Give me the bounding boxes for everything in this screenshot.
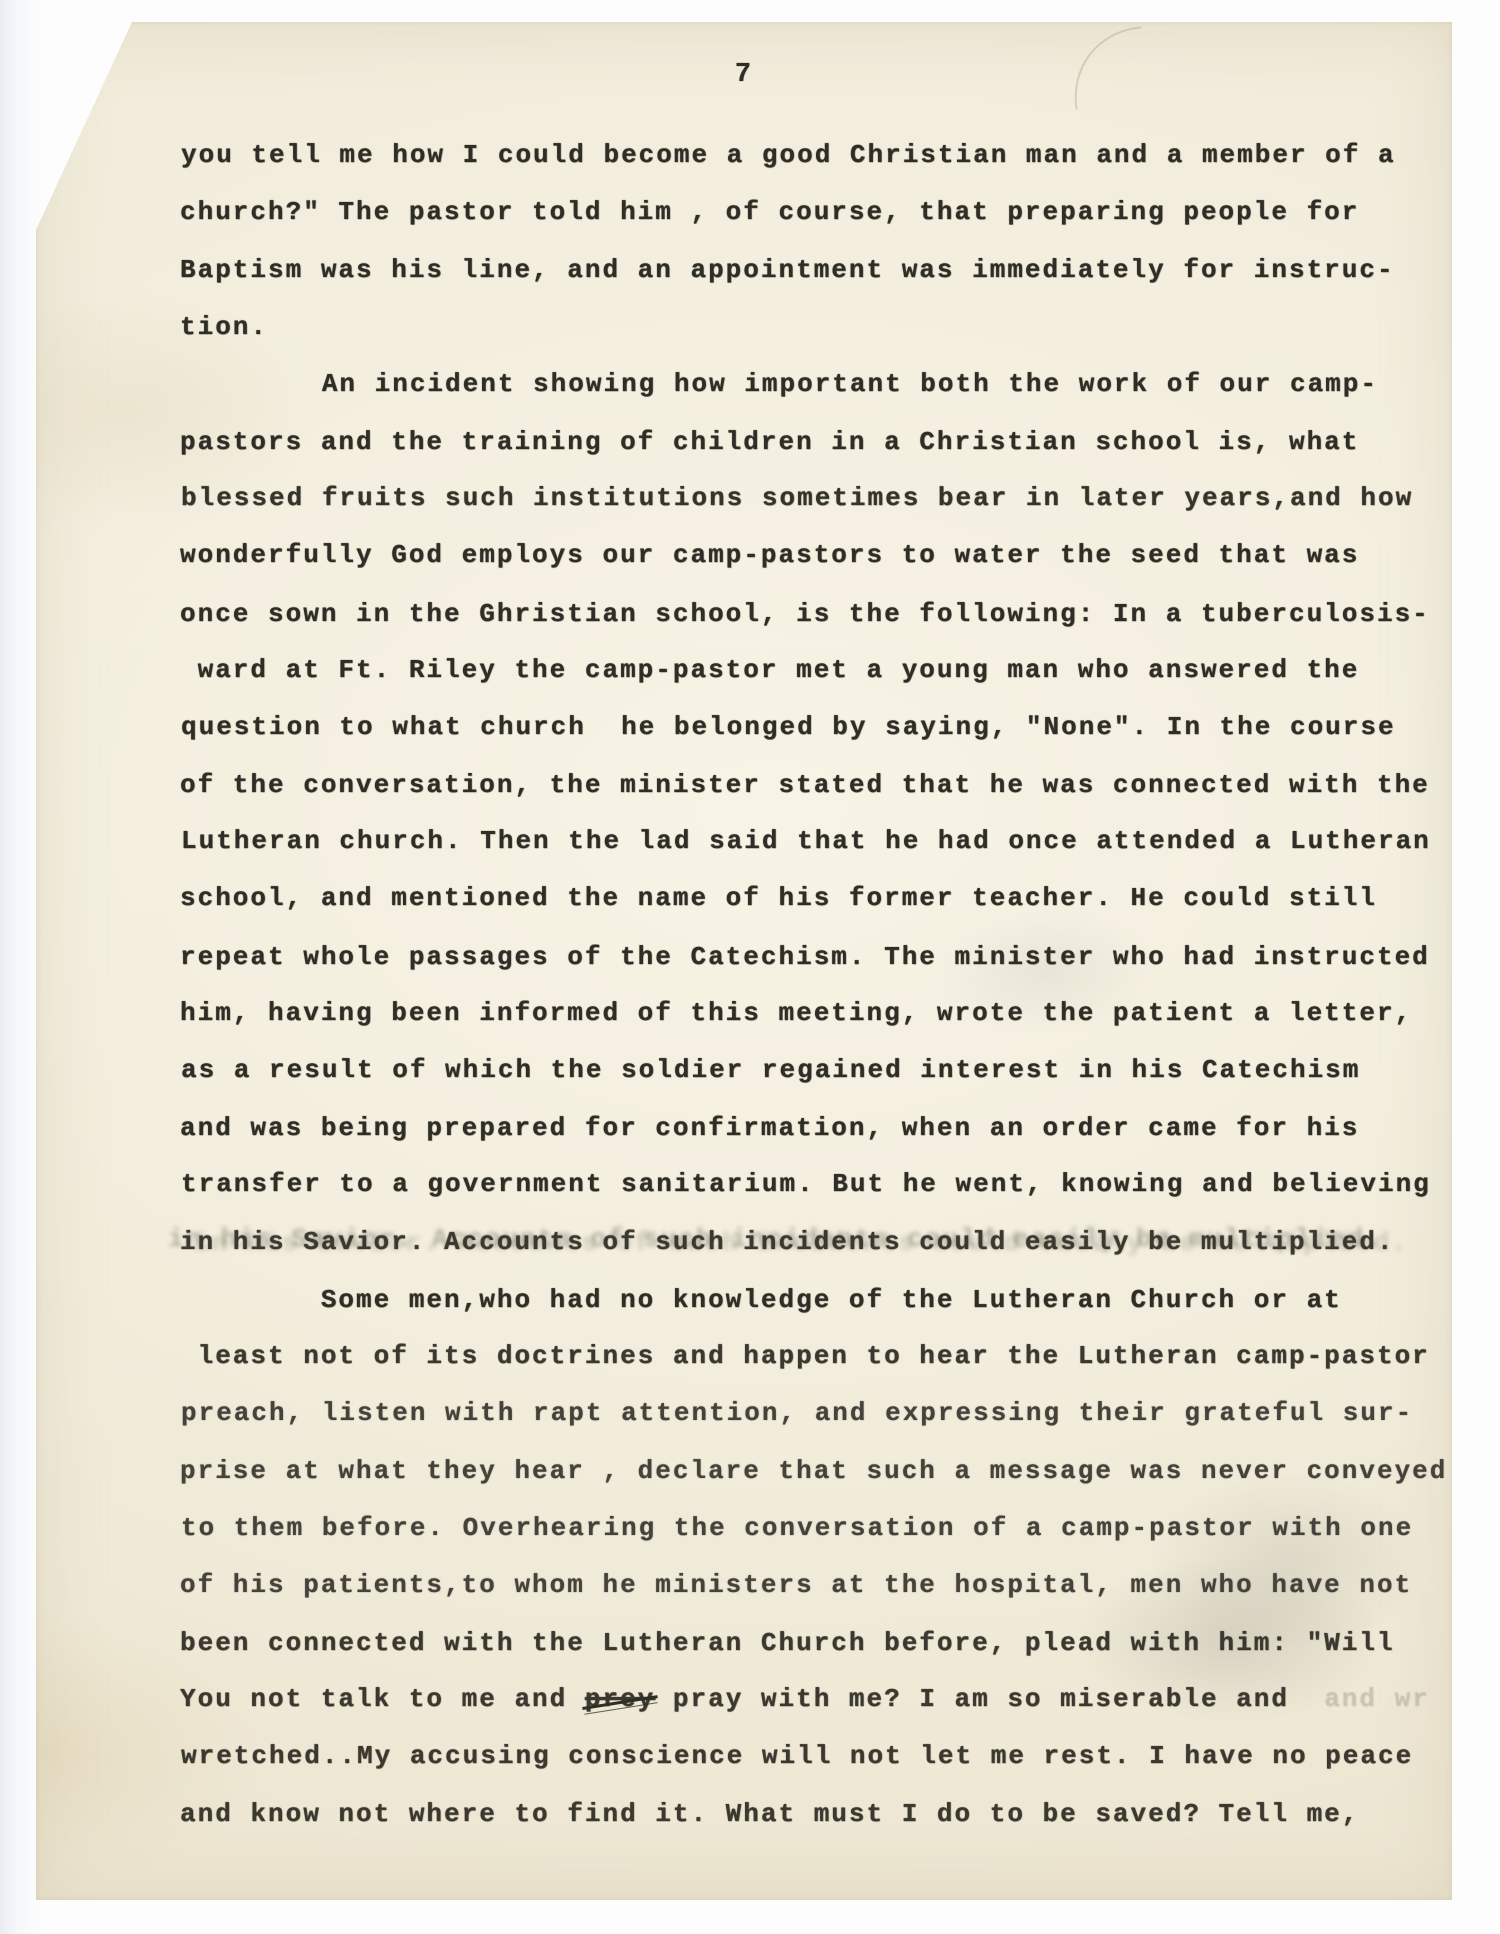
scan-background: { "page": { "number": "7" }, "doc": { "l… [0, 0, 1500, 1934]
typed-line: to them before. Overhearing the conversa… [181, 1513, 1461, 1570]
typed-line: least not of its doctrines and happen to… [180, 1341, 1460, 1398]
typed-line: in his Savior. Accounts of such incident… [180, 1227, 1460, 1284]
typed-line: you tell me how I could become a good Ch… [181, 140, 1461, 197]
typed-line: tion. [180, 312, 1460, 369]
typed-segment: pray with me? I am so miserable and [655, 1684, 1289, 1714]
page-number: 7 [36, 60, 1452, 90]
typed-line: question to what church he belonged by s… [181, 712, 1461, 769]
typed-line: blessed fruits such institutions sometim… [181, 483, 1461, 540]
typed-line: wonderfully God employs our camp-pastors… [180, 540, 1460, 597]
typed-line: and know not where to find it. What must… [180, 1799, 1460, 1856]
typed-line: school, and mentioned the name of his fo… [180, 883, 1460, 940]
struck-word: prey [585, 1684, 655, 1714]
typed-segment: You not talk to me and [180, 1684, 585, 1714]
typed-line: of the conversation, the minister stated… [180, 770, 1460, 827]
typed-line: pastors and the training of children in … [180, 427, 1460, 484]
document-page: 7 you tell me how I could become a good … [36, 22, 1452, 1900]
typed-line: as a result of which the soldier regaine… [181, 1055, 1461, 1112]
typed-line: preach, listen with rapt attention, and … [181, 1398, 1461, 1455]
typed-line-with-correction: You not talk to me and prey pray with me… [180, 1684, 1460, 1741]
typed-line: of his patients,to whom he ministers at … [180, 1570, 1460, 1627]
typed-line: Lutheran church. Then the lad said that … [181, 826, 1461, 883]
typed-line: prise at what they hear , declare that s… [180, 1456, 1460, 1513]
typed-line: wretched..My accusing conscience will no… [181, 1741, 1461, 1798]
typed-line: been connected with the Lutheran Church … [180, 1628, 1460, 1685]
typed-line: repeat whole passages of the Catechism. … [180, 942, 1460, 999]
typed-line: An incident showing how important both t… [181, 369, 1461, 426]
typed-line: transfer to a government sanitarium. But… [181, 1169, 1461, 1226]
typed-line: Baptism was his line, and an appointment… [180, 255, 1460, 312]
typed-line: Some men,who had no knowledge of the Lut… [180, 1285, 1460, 1342]
typed-line: church?" The pastor told him , of course… [180, 197, 1460, 254]
ghost-text: and wr [1289, 1684, 1430, 1714]
typed-line: and was being prepared for confirmation,… [180, 1113, 1460, 1170]
typed-line: once sown in the Ghristian school, is th… [180, 599, 1460, 656]
text-body: you tell me how I could become a good Ch… [180, 140, 1460, 1856]
typed-line: him, having been informed of this meetin… [180, 998, 1460, 1055]
typed-line: ward at Ft. Riley the camp-pastor met a … [180, 655, 1460, 712]
